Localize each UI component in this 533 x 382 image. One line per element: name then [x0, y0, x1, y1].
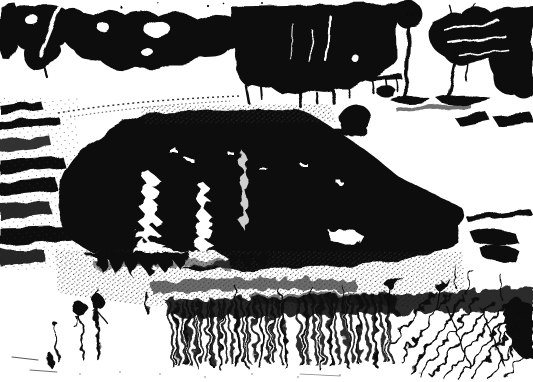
pond-top-stipple: [140, 104, 336, 124]
ink-speck: [119, 5, 121, 7]
artwork-frame: [0, 0, 533, 382]
trunk: [332, 89, 334, 103]
canopy-gap: [141, 48, 153, 56]
monotype-landscape: [0, 0, 533, 382]
ink-speck: [221, 1, 223, 3]
speck: [339, 374, 340, 375]
grass-blade: [197, 304, 198, 368]
speck: [159, 373, 160, 374]
ink-speck: [261, 2, 263, 4]
speck: [419, 372, 420, 373]
snow-patch: [330, 230, 362, 245]
water-glint: [168, 148, 176, 151]
fringe-sawtooth: [228, 254, 268, 268]
water-glint: [338, 182, 344, 185]
ink-speck: [206, 4, 208, 6]
speck: [251, 373, 252, 374]
trunk: [316, 92, 317, 103]
speck: [119, 371, 120, 372]
water-glint: [228, 152, 234, 155]
speck: [79, 373, 80, 374]
ink-speck: [157, 2, 159, 4]
canopy-gap: [97, 22, 109, 32]
canopy-gap: [145, 21, 171, 39]
ink-speck: [139, 9, 141, 11]
water-glint: [186, 158, 193, 161]
canopy-gap: [352, 54, 359, 62]
water-glint: [262, 170, 269, 173]
speck: [204, 376, 205, 377]
water-glint: [300, 162, 306, 165]
plant-bud: [53, 322, 58, 327]
speck: [297, 376, 298, 377]
trunk: [262, 88, 263, 100]
canopy-gap: [25, 15, 39, 25]
